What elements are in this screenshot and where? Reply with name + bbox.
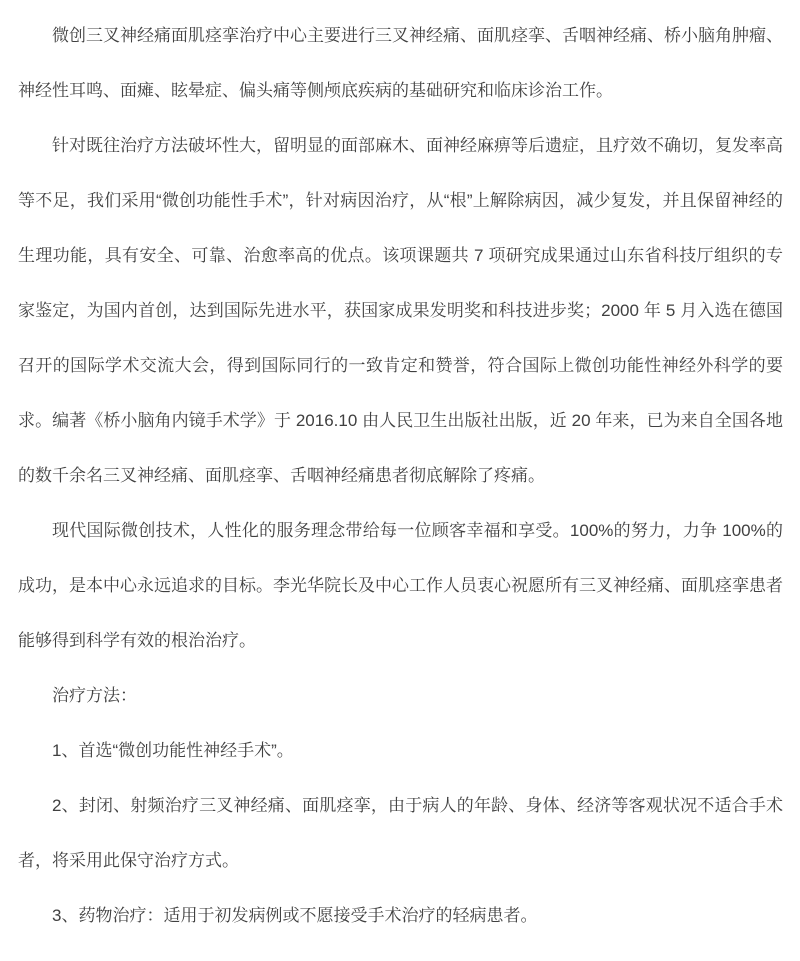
- document-body: 微创三叉神经痛面肌痉挛治疗中心主要进行三叉神经痛、面肌痉挛、舌咽神经痛、桥小脑角…: [18, 8, 783, 943]
- paragraph-surgery-research: 针对既往治疗方法破坏性大，留明显的面部麻木、面神经麻痹等后遗症，且疗效不确切，复…: [18, 118, 783, 503]
- paragraph-method-3: 3、药物治疗：适用于初发病例或不愿接受手术治疗的轻病患者。: [18, 888, 783, 943]
- paragraph-method-1: 1、首选“微创功能性神经手术”。: [18, 723, 783, 778]
- paragraph-method-2: 2、封闭、射频治疗三叉神经痛、面肌痉挛，由于病人的年龄、身体、经济等客观状况不适…: [18, 778, 783, 888]
- paragraph-methods-heading: 治疗方法：: [18, 668, 783, 723]
- paragraph-intro: 微创三叉神经痛面肌痉挛治疗中心主要进行三叉神经痛、面肌痉挛、舌咽神经痛、桥小脑角…: [18, 8, 783, 118]
- paragraph-service-goal: 现代国际微创技术，人性化的服务理念带给每一位顾客幸福和享受。100%的努力，力争…: [18, 503, 783, 668]
- document-page: 微创三叉神经痛面肌痉挛治疗中心主要进行三叉神经痛、面肌痉挛、舌咽神经痛、桥小脑角…: [0, 0, 800, 961]
